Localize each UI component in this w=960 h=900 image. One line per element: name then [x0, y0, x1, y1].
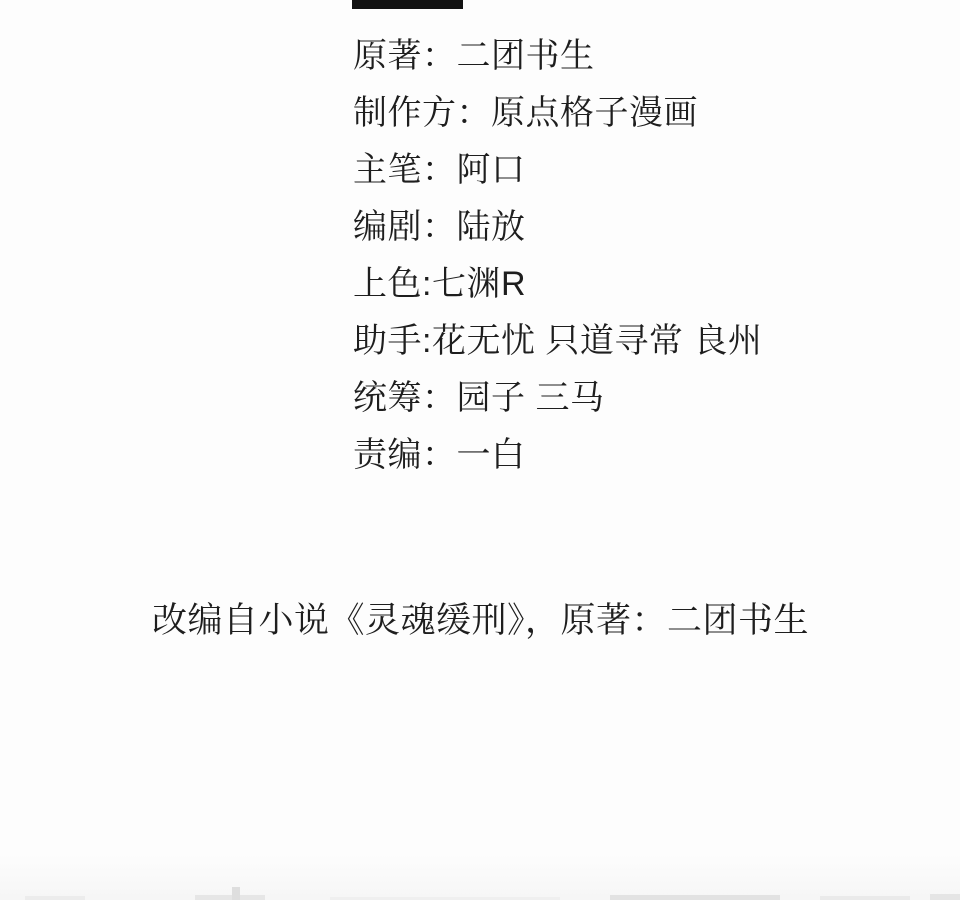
- credit-line-coordinators: 统筹：园子 三马: [353, 370, 762, 427]
- cropped-panel-top-edge: [352, 0, 463, 9]
- credit-line-assistants: 助手:花无忧 只道寻常 良州: [353, 313, 762, 370]
- smudge-mark: [610, 895, 780, 900]
- credit-line-editor: 责编：一白: [353, 427, 762, 484]
- smudge-mark: [820, 896, 910, 900]
- credit-line-production: 制作方：原点格子漫画: [353, 85, 762, 142]
- credit-line-colorist: 上色:七渊R: [353, 256, 762, 313]
- adaptation-note: 改编自小说《灵魂缓刑》，原著：二团书生: [152, 601, 809, 641]
- smudge-mark: [232, 887, 240, 900]
- credit-line-lead-artist: 主笔：阿口: [353, 142, 762, 199]
- smudge-mark: [25, 896, 85, 900]
- comic-credits-page: 原著：二团书生 制作方：原点格子漫画 主笔：阿口 编剧：陆放 上色:七渊R 助手…: [0, 0, 960, 900]
- credit-line-screenwriter: 编剧：陆放: [353, 199, 762, 256]
- credits-block: 原著：二团书生 制作方：原点格子漫画 主笔：阿口 编剧：陆放 上色:七渊R 助手…: [353, 28, 762, 484]
- smudge-mark: [195, 895, 265, 900]
- smudge-mark: [930, 894, 960, 900]
- credit-line-original-author: 原著：二团书生: [353, 28, 762, 85]
- cropped-panel-bottom-fade: [0, 854, 960, 900]
